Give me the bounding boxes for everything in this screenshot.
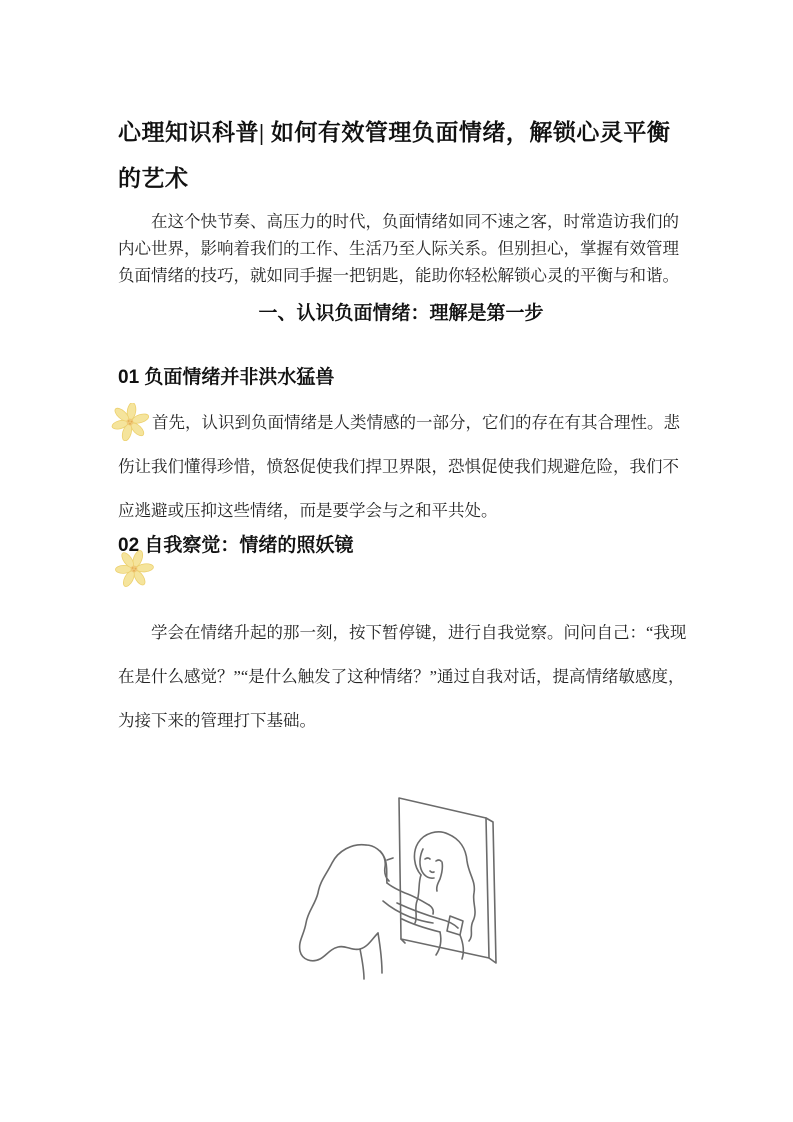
flower-icon	[114, 550, 154, 588]
subsection-01-heading: 01 负面情绪并非洪水猛兽	[118, 364, 684, 392]
subsection-02-paragraph: 学会在情绪升起的那一刻，按下暂停键，进行自我觉察。问问自己：“我现在是什么感觉？…	[118, 611, 688, 743]
section-heading: 一、认识负面情绪：理解是第一步	[118, 299, 684, 329]
page-title: 心理知识科普| 如何有效管理负面情绪，解锁心灵平衡的艺术	[118, 110, 686, 202]
subsection-01-paragraph-text: 首先，认识到负面情绪是人类情感的一部分，它们的存在有其合理性。悲伤让我们懂得珍惜…	[118, 413, 680, 520]
flower-icon	[110, 403, 150, 441]
subsection-01-paragraph: 首先，认识到负面情绪是人类情感的一部分，它们的存在有其合理性。悲伤让我们懂得珍惜…	[118, 401, 688, 533]
mirror-illustration	[290, 783, 502, 995]
subsection-02-heading: 02 自我察觉：情绪的照妖镜	[118, 532, 684, 560]
document-page: 心理知识科普| 如何有效管理负面情绪，解锁心灵平衡的艺术 在这个快节奏、高压力的…	[0, 0, 793, 1122]
intro-paragraph: 在这个快节奏、高压力的时代，负面情绪如同不速之客，时常造访我们的内心世界，影响着…	[118, 208, 686, 289]
